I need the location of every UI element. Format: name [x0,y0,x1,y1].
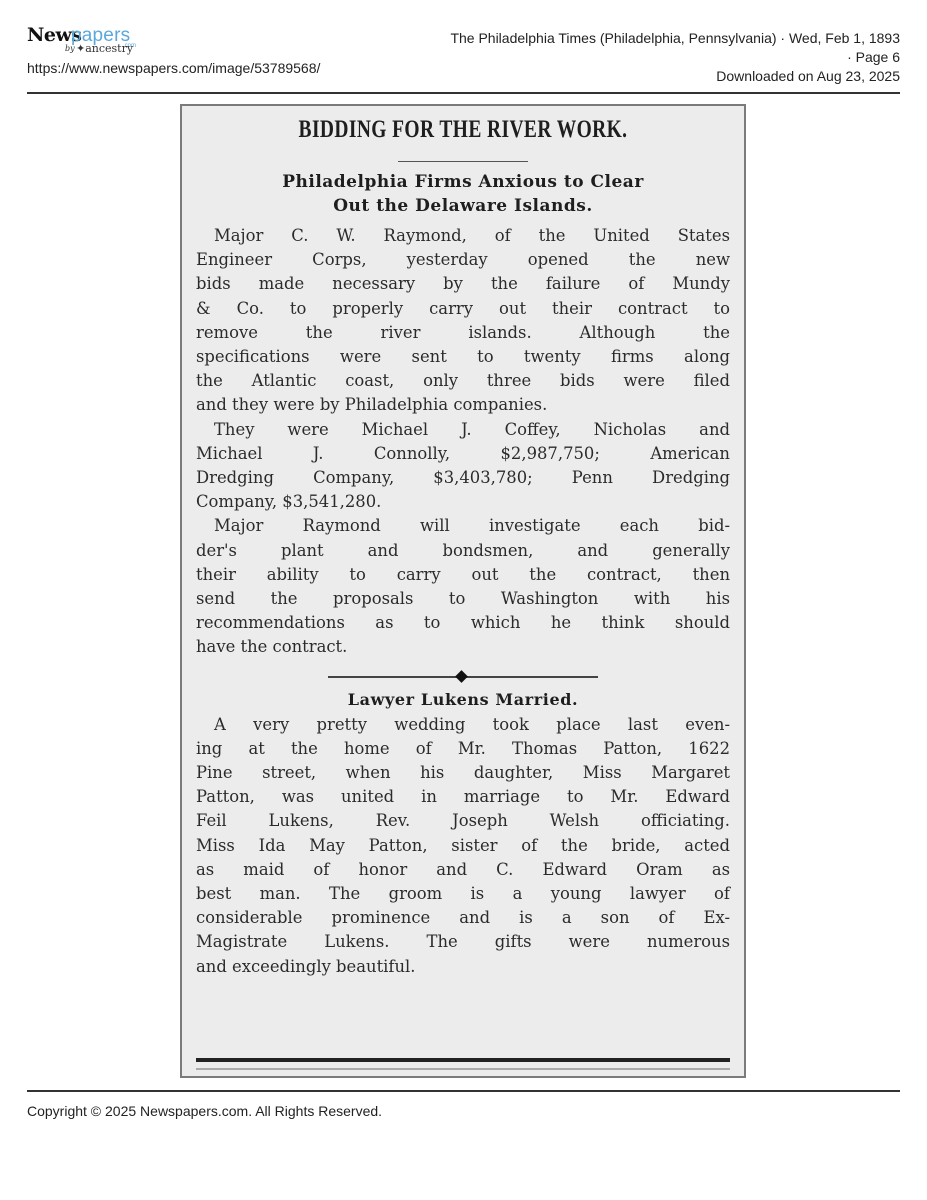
download-date: Downloaded on Aug 23, 2025 [440,67,900,86]
text-line: & Co. to properly carry out their contra… [196,297,730,321]
paragraph-4: A very pretty wedding took place last ev… [196,713,730,979]
text-line: Engineer Corps, yesterday opened the new [196,248,730,272]
text-line: specifications were sent to twenty firms… [196,345,730,369]
text-line: Major C. W. Raymond, of the United State… [196,224,730,248]
text-line: and they were by Philadelphia companies. [196,393,730,417]
publication-title: The Philadelphia Times (Philadelphia, Pe… [440,29,900,48]
text-line: considerable prominence and is a son of … [196,906,730,930]
clipping-bottom-rule-faint [196,1068,730,1070]
headline-rule [398,161,528,162]
text-line: the Atlantic coast, only three bids were… [196,369,730,393]
text-line: A very pretty wedding took place last ev… [196,713,730,737]
subheadline-line-2: Out the Delaware Islands. [196,194,730,218]
text-line: have the contract. [196,635,730,659]
subheadline-line-1: Philadelphia Firms Anxious to Clear [196,170,730,194]
text-line: best man. The groom is a young lawyer of [196,882,730,906]
page-header: News papers .com by ✦ancestry https://ww… [27,24,900,92]
text-line: remove the river islands. Although the [196,321,730,345]
text-line: send the proposals to Washington with hi… [196,587,730,611]
text-line: Patton, was united in marriage to Mr. Ed… [196,785,730,809]
text-line: Magistrate Lukens. The gifts were numero… [196,930,730,954]
text-line: They were Michael J. Coffey, Nicholas an… [196,418,730,442]
text-line: Dredging Company, $3,403,780; Penn Dredg… [196,466,730,490]
ancestry-logo: ✦ancestry [76,42,133,55]
text-line: as maid of honor and C. Edward Oram as [196,858,730,882]
text-line: Company, $3,541,280. [196,490,730,514]
text-line: recommendations as to which he think sho… [196,611,730,635]
publication-page: · Page 6 [440,48,900,67]
text-line: ing at the home of Mr. Thomas Patton, 16… [196,737,730,761]
text-line: bids made necessary by the failure of Mu… [196,272,730,296]
text-line: der's plant and bondsmen, and generally [196,539,730,563]
text-line: Pine street, when his daughter, Miss Mar… [196,761,730,785]
paragraph-3: Major Raymond will investigate each bid-… [196,514,730,659]
text-line: Feil Lukens, Rev. Joseph Welsh officiati… [196,809,730,833]
paragraph-1: Major C. W. Raymond, of the United State… [196,224,730,418]
clipping-bottom-rule [196,1058,730,1062]
newspapers-logo[interactable]: News papers .com by ✦ancestry [27,24,147,60]
text-line: their ability to carry out the contract,… [196,563,730,587]
text-line: and exceedingly beautiful. [196,955,730,979]
footer-divider [27,1090,900,1092]
article-subheadline: Philadelphia Firms Anxious to Clear Out … [196,170,730,218]
text-line: Major Raymond will investigate each bid- [196,514,730,538]
copyright-notice: Copyright © 2025 Newspapers.com. All Rig… [27,1103,382,1119]
article-2-headline: Lawyer Lukens Married. [196,690,730,709]
source-url[interactable]: https://www.newspapers.com/image/5378956… [27,60,320,76]
text-line: Miss Ida May Patton, sister of the bride… [196,834,730,858]
article-headline: BIDDING FOR THE RIVER WORK. [255,116,672,144]
publication-info: The Philadelphia Times (Philadelphia, Pe… [440,29,900,86]
newspaper-clipping: BIDDING FOR THE RIVER WORK. Philadelphia… [180,104,746,1078]
header-divider [27,92,900,94]
logo-by-text: by [65,44,75,53]
text-line: Michael J. Connolly, $2,987,750; America… [196,442,730,466]
diamond-ornament-icon [455,670,468,683]
paragraph-2: They were Michael J. Coffey, Nicholas an… [196,418,730,515]
section-ornament [328,670,598,684]
